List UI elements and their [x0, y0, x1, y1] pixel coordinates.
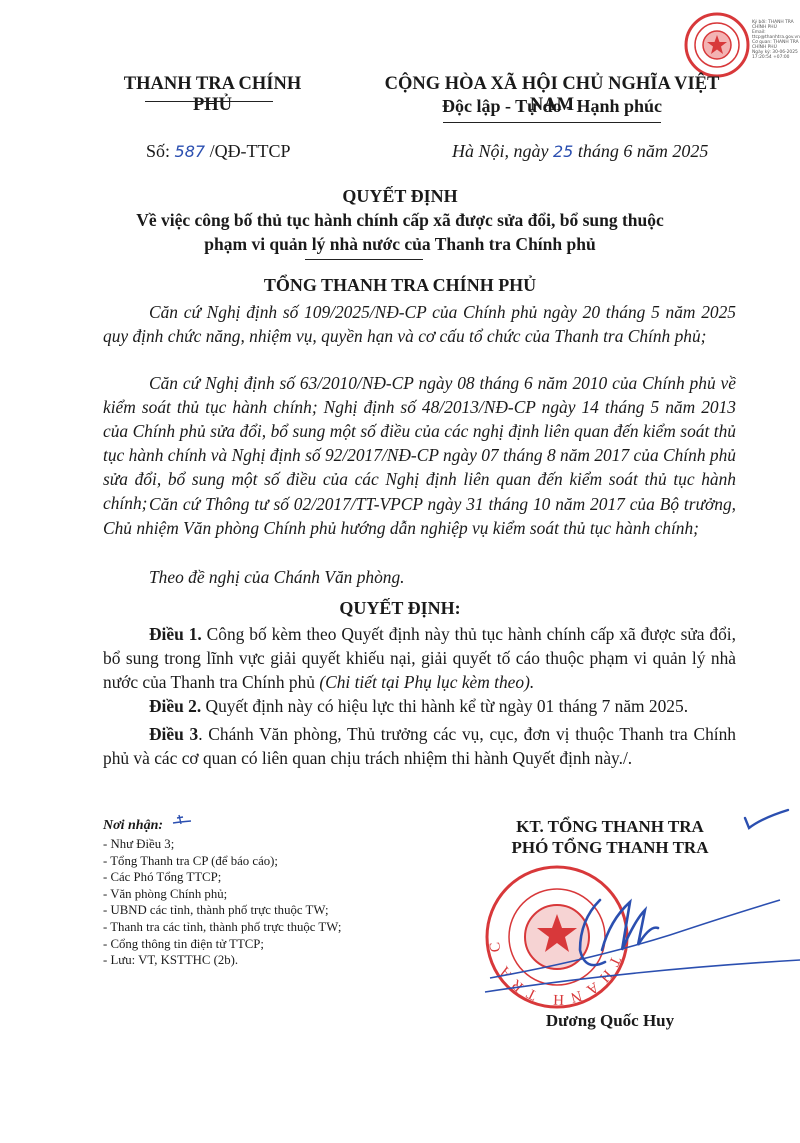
divider — [305, 259, 423, 260]
day-handwritten: 25 — [553, 142, 573, 161]
article-2: Điều 2. Quyết định này có hiệu lực thi h… — [103, 694, 736, 718]
article-text: Quyết định này có hiệu lực thi hành kể t… — [201, 696, 688, 716]
recipient-item: - Các Phó Tổng TTCP; — [103, 869, 341, 886]
divider — [145, 101, 273, 102]
article-label: Điều 3 — [149, 724, 198, 744]
recipient-item: - Văn phòng Chính phủ; — [103, 886, 341, 903]
place-date-suffix: tháng 6 năm 2025 — [573, 141, 708, 161]
doc-number-suffix: /QĐ-TTCP — [205, 141, 291, 161]
agency-line: Cơ quan: THANH TRA CHÍNH PHỦ — [752, 40, 800, 50]
article-note: (Chi tiết tại Phụ lục kèm theo). — [319, 672, 534, 692]
recipient-item: - Như Điều 3; — [103, 836, 341, 853]
document-number: Số: 587 /QĐ-TTCP — [146, 141, 291, 162]
article-text: . Chánh Văn phòng, Thủ trưởng các vụ, cụ… — [103, 724, 736, 768]
subject-line: Về việc công bố thủ tục hành chính cấp x… — [110, 208, 690, 232]
place-date-prefix: Hà Nội, ngày — [452, 141, 553, 161]
handwritten-initial-icon — [171, 813, 193, 827]
document-title: QUYẾT ĐỊNH — [100, 186, 700, 207]
issuing-organization: THANH TRA CHÍNH PHỦ — [105, 74, 320, 116]
signer-role: KT. TỔNG THANH TRA — [460, 817, 760, 837]
digital-signature-info: Ký bởi: THANH TRA CHÍNH PHỦ Email: ttcp@… — [752, 20, 800, 60]
place-date: Hà Nội, ngày 25 tháng 6 năm 2025 — [452, 141, 708, 162]
handwritten-signature-icon — [480, 880, 800, 1000]
preamble-paragraph: Căn cứ Thông tư số 02/2017/TT-VPCP ngày … — [103, 492, 736, 540]
recipient-item: - Cổng thông tin điện tử TTCP; — [103, 936, 341, 953]
recipient-item: - Tổng Thanh tra CP (để báo cáo); — [103, 853, 341, 870]
recipients-title: Nơi nhận: — [103, 818, 163, 834]
article-3: Điều 3. Chánh Văn phòng, Thủ trưởng các … — [103, 722, 736, 770]
recipients-list: - Như Điều 3; - Tổng Thanh tra CP (để bá… — [103, 836, 341, 969]
issuing-authority: TỔNG THANH TRA CHÍNH PHỦ — [100, 275, 700, 296]
recipient-item: - Thanh tra các tỉnh, thành phố trực thu… — [103, 919, 341, 936]
preamble-paragraph: Căn cứ Nghị định số 109/2025/NĐ-CP của C… — [103, 300, 736, 348]
digital-signature-seal-icon — [682, 10, 752, 80]
signer-title: PHÓ TỔNG THANH TRA — [460, 838, 760, 858]
doc-number-prefix: Số: — [146, 141, 175, 161]
subject-line: phạm vi quản lý nhà nước của Thanh tra C… — [110, 232, 690, 256]
recipient-item: - Lưu: VT, KSTTHC (2b). — [103, 952, 341, 969]
doc-number-handwritten: 587 — [175, 142, 206, 161]
national-motto: Độc lập - Tự do - Hạnh phúc — [362, 96, 742, 117]
recipient-item: - UBND các tỉnh, thành phố trực thuộc TW… — [103, 902, 341, 919]
sign-time: 17:20:54 +07:00 — [752, 55, 800, 60]
decision-heading: QUYẾT ĐỊNH: — [100, 598, 700, 619]
signer-line: Ký bởi: THANH TRA CHÍNH PHỦ — [752, 20, 800, 30]
preamble-paragraph: Theo đề nghị của Chánh Văn phòng. — [103, 565, 736, 589]
article-1: Điều 1. Công bố kèm theo Quyết định này … — [103, 622, 736, 694]
article-label: Điều 1. — [149, 624, 202, 644]
divider — [443, 122, 661, 123]
signer-name: Dương Quốc Huy — [460, 1011, 760, 1031]
document-subject: Về việc công bố thủ tục hành chính cấp x… — [110, 208, 690, 256]
article-label: Điều 2. — [149, 696, 201, 716]
